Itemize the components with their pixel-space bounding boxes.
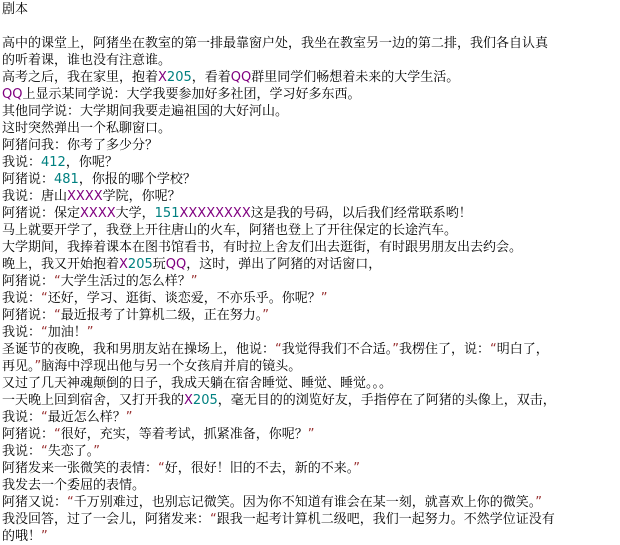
text-segment: ” (126, 410, 133, 425)
text-line: 又过了几天神魂颠倒的日子，我成天躺在宿舍睡觉、睡觉、睡觉。。。 (2, 375, 618, 392)
text-line: 再见。”脑海中浮现出他与另一个女孩肩并肩的镜头。 (2, 358, 618, 375)
text-segment: 学院，你呢？ (103, 189, 181, 204)
text-line: 一天晚上回到宿舍，又打开我的X205，毫无目的的浏览好友，手指停在了阿猪的头像上… (2, 392, 618, 409)
text-line: 我说：“最近怎么样？” (2, 409, 618, 426)
text-line: 阿猪说：“大学生活过的怎么样？” (2, 273, 618, 290)
text-segment: “ (54, 274, 61, 289)
text-segment: 481 (54, 172, 79, 187)
text-segment: 阿猪发来一张微笑的表情： (2, 461, 158, 476)
text-segment: ，这时，弹出了阿猪的对话窗口， (186, 257, 381, 272)
text-segment: 阿猪说： (2, 172, 54, 187)
text-line: 我没回答，过了一会儿，阿猪发来：“跟我一起考计算机二级吧，我们一起努力。不然学位… (2, 511, 618, 528)
text-segment: 我发去一个委屈的表情。 (2, 478, 145, 493)
text-line: 阿猪说：“很好，充实，等着考试，抓紧准备，你呢？” (2, 426, 618, 443)
text-segment: ，毫无目的的浏览好友，手指停在了阿猪的头像上，双击， (218, 393, 556, 408)
text-line: 的听着课，谁也没有注意谁。 (2, 52, 618, 69)
text-segment: 最近报考了计算机二级，正在努力。 (61, 308, 263, 323)
text-segment: 千万别难过，也别忘记微笑。因为你不知道有谁会在某一刻，就喜欢上你的微笑。 (74, 495, 536, 510)
text-segment: “ (490, 342, 497, 357)
text-segment: 大学， (116, 206, 155, 221)
text-segment: 我说： (2, 444, 41, 459)
text-segment: 最近怎么样？ (48, 410, 126, 425)
text-segment: 还好，学习、逛街、谈恋爱，不亦乐乎。你呢？ (48, 291, 321, 306)
text-segment: 我觉得我们不合适。 (282, 342, 393, 357)
text-segment: XXXX (80, 206, 116, 221)
text-segment: 再见。 (2, 359, 35, 374)
text-segment: “ (275, 342, 282, 357)
text-segment: 205 (193, 393, 218, 408)
text-segment: X (158, 70, 167, 85)
text-segment: “ (41, 410, 48, 425)
text-segment: 上显示某同学说：大学我要参加好多社团，学习好多东西。 (22, 87, 360, 102)
text-segment: ” (41, 529, 48, 544)
text-segment: 晚上，我又开始抱着 (2, 257, 119, 272)
text-segment: QQ (2, 87, 22, 102)
text-segment: ，你呢？ (66, 155, 118, 170)
text-segment: “ (54, 427, 61, 442)
text-line: 剧本 (2, 1, 618, 18)
text-segment: 205 (128, 257, 153, 272)
text-segment: XXXXXXXX (179, 206, 250, 221)
text-segment: 高中的课堂上，阿猪坐在教室的第一排最靠窗户处，我坐在教室另一边的第二排，我们各自… (2, 36, 548, 51)
text-segment: 我说：唐山 (2, 189, 67, 204)
text-segment: “ (54, 308, 61, 323)
text-segment: 阿猪问我：你考了多少分？ (2, 138, 158, 153)
text-line: 我发去一个委屈的表情。 (2, 477, 618, 494)
document-body: 剧本 高中的课堂上，阿猪坐在教室的第一排最靠窗户处，我坐在教室另一边的第二排，我… (2, 1, 618, 545)
text-segment: 又过了几天神魂颠倒的日子，我成天躺在宿舍睡觉、睡觉、睡觉。。。 (2, 376, 392, 391)
text-segment: 阿猪又说： (2, 495, 67, 510)
text-segment: “ (210, 512, 217, 527)
text-line: 这时突然弹出一个私聊窗口。 (2, 120, 618, 137)
text-segment: QQ (166, 257, 186, 272)
text-segment: ” (87, 325, 94, 340)
text-line: 我说：“失恋了。” (2, 443, 618, 460)
text-line: 高中的课堂上，阿猪坐在教室的第一排最靠窗户处，我坐在教室另一边的第二排，我们各自… (2, 35, 618, 52)
text-segment: 很好，充实，等着考试，抓紧准备，你呢？ (61, 427, 308, 442)
text-line: 马上就要开学了，我登上开往唐山的火车，阿猪也登上了开往保定的长途汽车。 (2, 222, 618, 239)
text-segment: 高考之后，我在家里，抱着 (2, 70, 158, 85)
text-segment: 我说： (2, 291, 41, 306)
text-line: QQ上显示某同学说：大学我要参加好多社团，学习好多东西。 (2, 86, 618, 103)
text-line: 阿猪又说：“千万别难过，也别忘记微笑。因为你不知道有谁会在某一刻，就喜欢上你的微… (2, 494, 618, 511)
text-segment: 151 (155, 206, 180, 221)
text-segment: ，你报的哪个学校？ (79, 172, 196, 187)
text-line (2, 18, 618, 35)
text-line: 圣诞节的夜晚，我和男朋友站在操场上，他说：“我觉得我们不合适。”我楞住了，说：“… (2, 341, 618, 358)
text-line: 我说：“加油！” (2, 324, 618, 341)
text-segment: 加油！ (48, 325, 87, 340)
text-line: 阿猪说：“最近报考了计算机二级，正在努力。” (2, 307, 618, 324)
text-segment: 大学期间，我捧着课本在图书馆看书，有时拉上舍友们出去逛街，有时跟男朋友出去约会。 (2, 240, 522, 255)
text-segment: XXXX (67, 189, 103, 204)
text-segment: 阿猪说： (2, 308, 54, 323)
text-segment: 脑海中浮现出他与另一个女孩肩并肩的镜头。 (41, 359, 301, 374)
text-segment: ” (308, 427, 315, 442)
text-segment: QQ (231, 70, 251, 85)
text-segment: “ (41, 291, 48, 306)
text-segment: 跟我一起考计算机二级吧，我们一起努力。不然学位证没有 (217, 512, 555, 527)
text-segment: 我说： (2, 155, 41, 170)
text-line: 高考之后，我在家里，抱着X205，看着QQ群里同学们畅想着未来的大学生活。 (2, 69, 618, 86)
text-segment: ” (321, 291, 328, 306)
text-line: 阿猪说：481，你报的哪个学校？ (2, 171, 618, 188)
text-segment: 阿猪说： (2, 427, 54, 442)
text-segment: 412 (41, 155, 66, 170)
text-line: 阿猪问我：你考了多少分？ (2, 137, 618, 154)
text-segment: 阿猪说：保定 (2, 206, 80, 221)
text-segment: 的哦！ (2, 529, 41, 544)
text-segment: “ (67, 495, 74, 510)
text-segment: 失恋了。 (48, 444, 94, 459)
text-segment: 明白了， (497, 342, 549, 357)
text-segment: 我说： (2, 410, 41, 425)
text-segment: “ (41, 325, 48, 340)
text-segment: 一天晚上回到宿舍，又打开我的 (2, 393, 184, 408)
text-segment: ” (191, 274, 198, 289)
text-segment: 的听着课，谁也没有注意谁。 (2, 53, 171, 68)
text-segment: 我楞住了，说： (399, 342, 490, 357)
text-segment: 剧本 (2, 2, 28, 17)
text-line: 的哦！” (2, 528, 618, 545)
text-segment: ” (262, 308, 269, 323)
text-line: 阿猪说：保定XXXX大学，151XXXXXXXX这是我的号码，以后我们经常联系哟… (2, 205, 618, 222)
text-line: 我说：412，你呢？ (2, 154, 618, 171)
text-segment: 其他同学说：大学期间我要走遍祖国的大好河山。 (2, 104, 288, 119)
text-segment: “ (158, 461, 165, 476)
text-segment: 这时突然弹出一个私聊窗口。 (2, 121, 171, 136)
text-segment: 好，很好！旧的不去，新的不来。 (165, 461, 354, 476)
text-line: 我说：唐山XXXX学院，你呢？ (2, 188, 618, 205)
text-segment: X (184, 393, 193, 408)
text-segment: ” (93, 444, 100, 459)
text-line: 我说：“还好，学习、逛街、谈恋爱，不亦乐乎。你呢？” (2, 290, 618, 307)
text-segment: X (119, 257, 128, 272)
text-segment: ，看着 (192, 70, 231, 85)
text-segment: 圣诞节的夜晚，我和男朋友站在操场上，他说： (2, 342, 275, 357)
text-line: 其他同学说：大学期间我要走遍祖国的大好河山。 (2, 103, 618, 120)
text-line: 晚上，我又开始抱着X205玩QQ，这时，弹出了阿猪的对话窗口， (2, 256, 618, 273)
text-segment: 这是我的号码，以后我们经常联系哟！ (251, 206, 472, 221)
text-segment: 玩 (153, 257, 166, 272)
text-segment: 阿猪说： (2, 274, 54, 289)
text-segment: ” (353, 461, 360, 476)
text-segment: ” (535, 495, 542, 510)
text-segment: “ (41, 444, 48, 459)
text-line: 大学期间，我捧着课本在图书馆看书，有时拉上舍友们出去逛街，有时跟男朋友出去约会。 (2, 239, 618, 256)
text-segment: 我说： (2, 325, 41, 340)
text-segment: 群里同学们畅想着未来的大学生活。 (251, 70, 459, 85)
text-segment: 大学生活过的怎么样？ (61, 274, 191, 289)
text-line: 阿猪发来一张微笑的表情：“好，很好！旧的不去，新的不来。” (2, 460, 618, 477)
text-segment: 马上就要开学了，我登上开往唐山的火车，阿猪也登上了开往保定的长途汽车。 (2, 223, 457, 238)
document-page: 剧本 高中的课堂上，阿猪坐在教室的第一排最靠窗户处，我坐在教室另一边的第二排，我… (0, 0, 620, 545)
text-segment: 205 (167, 70, 192, 85)
text-segment: 我没回答，过了一会儿，阿猪发来： (2, 512, 210, 527)
